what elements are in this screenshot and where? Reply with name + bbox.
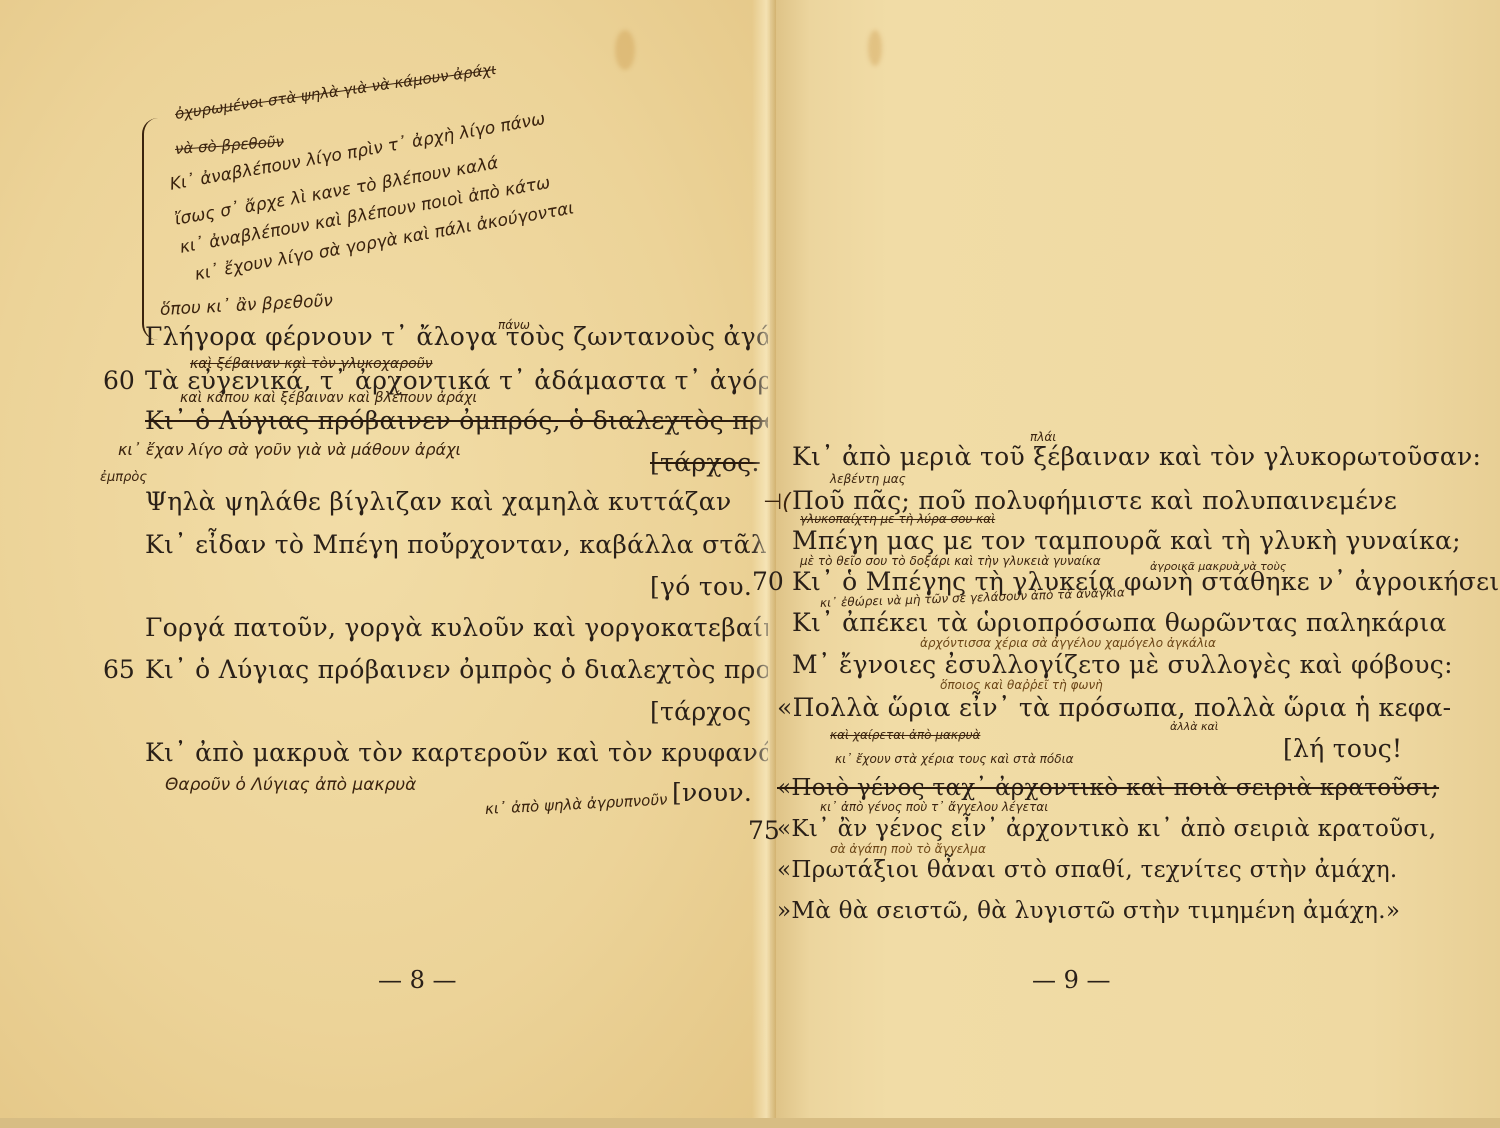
book-spread: ὀχυρωμένοι στὰ ψηλὰ γιὰ νὰ κάμουν ἀράχι …: [0, 0, 1500, 1128]
printed-line: Κι᾽ ἀπέκει τὰ ὡριοπρόσωπα θωρῶντας παληκ…: [792, 608, 1447, 637]
printed-line-continuation: [τάρχος.: [650, 448, 760, 477]
handwritten-note: νὰ σὸ βρεθοῦν: [174, 132, 284, 158]
printed-line-continuation: [νουν.: [672, 778, 752, 807]
handwritten-note: ὅπου κι᾽ ἂν βρεθοῦν: [159, 291, 333, 320]
handwritten-note: καὶ χαίρεται ἀπὸ μακρυὰ: [830, 728, 980, 742]
handwritten-note: σὰ ἀγάπη ποὺ τὸ ἄγγελμα: [830, 842, 986, 856]
printed-line: Μπέγη μας με τον ταμπουρᾶ καὶ τὴ γλυκὴ γ…: [792, 526, 1461, 555]
handwritten-note: ὅποιος καὶ θαῤῥεῖ τὴ φωνὴ: [940, 678, 1103, 692]
handwritten-note: λεβέντη μας: [830, 472, 906, 486]
margin-bracket-mark: [142, 118, 158, 340]
printed-line: Ποῦ πᾶς; ποῦ πολυφήμιστε καὶ πολυπαινεμέ…: [792, 486, 1397, 515]
handwritten-note: ἀγροικᾶ μακρυὰ νὰ τοὺς: [1150, 560, 1286, 573]
paper-stain: [868, 30, 882, 66]
printed-line: Κι᾽ ὁ Λύγιας πρόβαινεν ὀμπρὸς ὁ διαλεχτὸ…: [145, 655, 768, 684]
page-bottom-edge: [0, 1118, 1500, 1128]
handwritten-note: μὲ τὸ θεῖο σου τὸ δοξάρι καὶ τὴν γλυκειὰ…: [800, 554, 1101, 568]
printed-line: Κι᾽ εἶδαν τὸ Μπέγη ποὔρχονταν, καβάλλα σ…: [145, 530, 767, 559]
handwritten-note: Θαροῦν ὁ Λύγιας ἀπὸ μακρυὰ: [165, 775, 416, 795]
printed-line: «Πολλὰ ὥρια εἶν᾽ τὰ πρόσωπα, πολλὰ ὥρια …: [777, 693, 1451, 722]
left-page-text: ὀχυρωμένοι στὰ ψηλὰ γιὰ νὰ κάμουν ἀράχι …: [0, 0, 768, 1118]
printed-line: Κι᾽ ἀπὸ μακρυὰ τὸν καρτεροῦν καὶ τὸν κρυ…: [145, 738, 768, 767]
printed-line: «Κι᾽ ἂν γένος εἶν᾽ ἀρχοντικὸ κι᾽ ἀπὸ σει…: [777, 816, 1436, 842]
book-gutter: [752, 0, 776, 1118]
line-number: 65: [103, 655, 135, 684]
handwritten-note: κι᾽ ἀπὸ γένος ποὺ τ᾽ ἄγγελου λέγεται: [820, 800, 1048, 814]
printed-line: «Πρωτάξιοι θἆναι στὸ σπαθί, τεχνίτες στὴ…: [777, 857, 1398, 883]
handwritten-note: καὶ κάπου καὶ ξέβαιναν καὶ βλέπουν ἀράχι: [180, 390, 477, 406]
printed-line-continuation: [γό του.: [650, 572, 752, 601]
printed-line-struck: «Ποιὸ γένος ταχ᾽ ἀρχοντικὸ καὶ ποιὰ σειρ…: [777, 775, 1439, 801]
printed-line: Κι᾽ ὁ Μπέγης τὴ γλυκεία φωνὴ στάθηκε ν᾽ …: [792, 567, 1500, 596]
printed-line: »Μὰ θὰ σειστῶ, θὰ λυγιστῶ στὴν τιμημένη …: [777, 898, 1400, 924]
page-number: — 9 —: [1032, 966, 1111, 994]
printed-line-continuation: [τάρχος: [650, 697, 751, 726]
line-number: 75: [748, 816, 780, 845]
handwritten-note: ἀρχόντισσα χέρια σὰ ἀγγέλου χαμόγελο ἀγκ…: [920, 636, 1216, 650]
margin-mark: ⊣(: [763, 490, 791, 515]
handwritten-note: κι᾽ ἀπὸ ψηλὰ ἀγρυπνοῦν: [485, 790, 668, 818]
printed-line: Γοργά πατοῦν, γοργὰ κυλοῦν καὶ γοργοκατε…: [145, 613, 768, 642]
printed-line: Μ᾽ ἔγνοιες ἐσυλλογίζετο μὲ συλλογὲς καὶ …: [792, 650, 1453, 679]
handwritten-note: ὀχυρωμένοι στὰ ψηλὰ γιὰ νὰ κάμουν ἀράχι: [174, 60, 498, 123]
printed-line: Γλήγορα φέρνουν τ᾽ ἄλογα τοὺς ζωντανοὺς …: [145, 322, 768, 351]
printed-line-continuation: [λή τους!: [1283, 734, 1402, 763]
line-number: 60: [103, 366, 135, 395]
handwritten-note: ἀλλὰ καὶ: [1170, 720, 1218, 733]
printed-line-struck: Κι᾽ ὁ Λύγιας πρόβαινεν ὀμπρός, ὁ διαλεχτ…: [145, 406, 768, 435]
handwritten-note: γλυκοπαίχτη με τὴ λύρα σου καὶ: [800, 512, 995, 526]
handwritten-note: ἐμπρὸς: [100, 470, 147, 485]
line-number: 70: [752, 567, 784, 596]
handwritten-note: κι᾽ ἔχαν λίγο σὰ γοῦν γιὰ νὰ μάθουν ἀράχ…: [118, 440, 461, 459]
page-number: — 8 —: [378, 966, 457, 994]
printed-line: Κι᾽ ἀπὸ μεριὰ τοῦ ξέβαιναν καὶ τὸν γλυκο…: [792, 442, 1481, 471]
handwritten-note: κι᾽ ἔχουν στὰ χέρια τους καὶ στὰ πόδια: [835, 752, 1074, 766]
printed-line: Ψηλὰ ψηλάθε βίγλιζαν καὶ χαμηλὰ κυττάζαν: [145, 487, 731, 516]
